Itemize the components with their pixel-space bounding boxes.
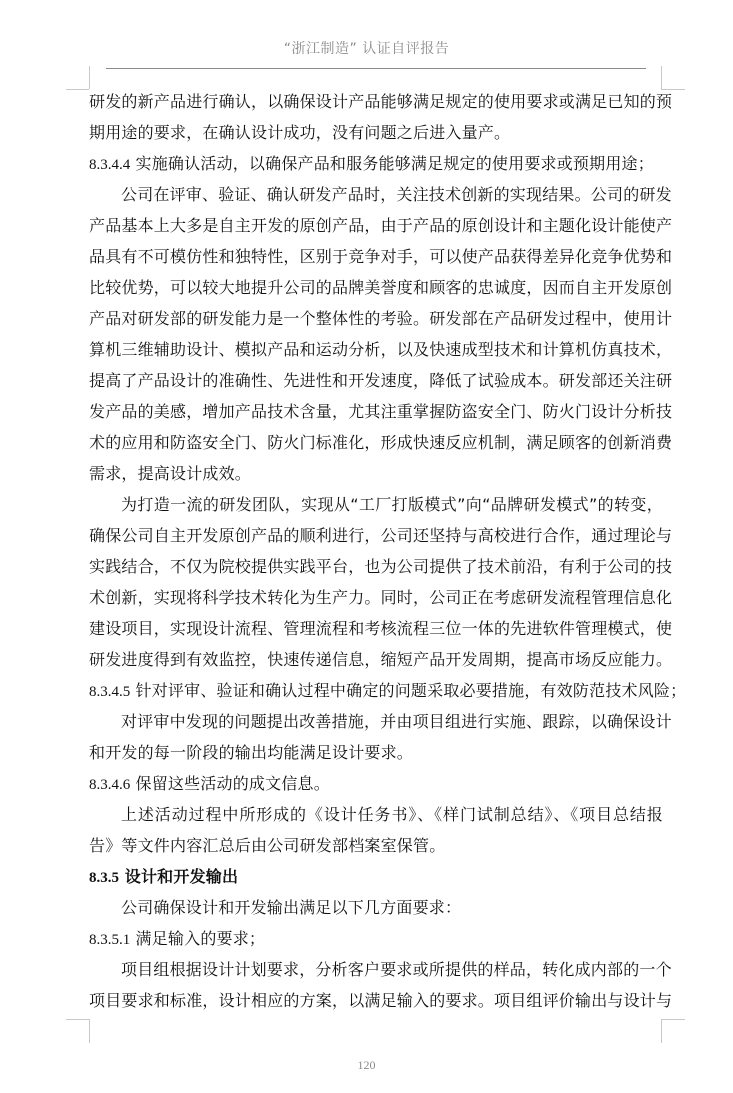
clause-line: 8.3.5.1 满足输入的要求； (89, 923, 663, 954)
line-text: 上述活动过程中所形成的《设计任务书》、《样门试制总结》、《项目总结报 (121, 805, 663, 824)
text-line: 术的应用和防盗安全门、防火门标准化，形成快速反应机制，满足顾客的创新消费 (89, 427, 663, 458)
line-text: 建设项目，实现设计流程、管理流程和考核流程三位一体的先进软件管理模式，使 (89, 619, 672, 638)
line-text: 公司确保设计和开发输出满足以下几方面要求： (121, 898, 461, 917)
line-text: 保留这些活动的成文信息。 (130, 774, 330, 793)
corner-mark-bottom-right (661, 1019, 662, 1043)
line-text: 对评审中发现的问题提出改善措施，并由项目组进行实施、跟踪，以确保设计 (121, 712, 672, 731)
text-line: 公司确保设计和开发输出满足以下几方面要求： (89, 892, 663, 923)
text-line: 项目组根据设计计划要求，分析客户要求或所提供的样品，转化成内部的一个 (89, 954, 663, 985)
corner-mark-bottom-left (89, 1019, 90, 1043)
text-line: 发产品的美感，增加产品技术含量，尤其注重掌握防盗安全门、防火门设计分析技 (89, 396, 663, 427)
line-text: 研发进度得到有效监控，快速传递信息，缩短产品开发周期，提高市场反应能力。 (89, 650, 672, 669)
section-heading: 8.3.5 设计和开发输出 (89, 861, 663, 892)
line-text: 期用途的要求，在确认设计成功，没有问题之后进入量产。 (89, 123, 510, 142)
clause-line: 8.3.4.5 针对评审、验证和确认过程中确定的问题采取必要措施，有效防范技术风… (89, 675, 663, 706)
line-text: 术创新，实现将科学技术转化为生产力。同时，公司正在考虑研发流程管理信息化 (89, 588, 672, 607)
running-header-title: “浙江制造” 认证自评报告 (0, 38, 733, 58)
line-text: 满足输入的要求； (130, 929, 265, 948)
line-text: 提高了产品设计的准确性、先进性和开发速度，降低了试验成本。研发部还关注研 (89, 371, 672, 390)
line-text: 项目组根据设计计划要求，分析客户要求或所提供的样品，转化成内部的一个 (121, 960, 672, 979)
text-line: 对评审中发现的问题提出改善措施，并由项目组进行实施、跟踪，以确保设计 (89, 706, 663, 737)
line-text: 实践结合，不仅为院校提供实践平台，也为公司提供了技术前沿，有利于公司的技 (89, 557, 672, 576)
line-text: 算机三维辅助设计、模拟产品和运动分析，以及快速成型技术和计算机仿真技术， (89, 340, 672, 359)
line-text: 针对评审、验证和确认过程中确定的问题采取必要措施，有效防范技术风险； (130, 681, 686, 700)
clause-number: 8.3.4.5 (89, 684, 130, 700)
line-text: 产品对研发部的研发能力是一个整体性的考验。研发部在产品研发过程中，使用计 (89, 309, 672, 328)
line-text: 实施确认活动，以确保产品和服务能够满足规定的使用要求或预期用途； (130, 154, 654, 173)
line-text: 公司在评审、验证、确认研发产品时，关注技术创新的实现结果。公司的研发 (121, 185, 672, 204)
text-line: 提高了产品设计的准确性、先进性和开发速度，降低了试验成本。研发部还关注研 (89, 365, 663, 396)
text-line: 产品基本上大多是自主开发的原创产品，由于产品的原创设计和主题化设计能使产 (89, 210, 663, 241)
text-line: 上述活动过程中所形成的《设计任务书》、《样门试制总结》、《项目总结报 (89, 799, 663, 830)
line-text: 术的应用和防盗安全门、防火门标准化，形成快速反应机制，满足顾客的创新消费 (89, 433, 672, 452)
clause-number: 8.3.4.6 (89, 777, 130, 793)
header-rule (106, 68, 646, 69)
clause-number: 8.3.5.1 (89, 932, 130, 948)
text-line: 项目要求和标准，设计相应的方案，以满足输入的要求。项目组评价输出与设计与 (89, 985, 663, 1016)
corner-mark-bottom-left (66, 1019, 89, 1020)
clause-line: 8.3.4.6 保留这些活动的成文信息。 (89, 768, 663, 799)
line-text: 为打造一流的研发团队，实现从“工厂打版模式”向“品牌研发模式”的转变， (121, 495, 663, 514)
clause-number: 8.3.4.4 (89, 157, 130, 173)
text-line: 和开发的每一阶段的输出均能满足设计要求。 (89, 737, 663, 768)
line-text: 发产品的美感，增加产品技术含量，尤其注重掌握防盗安全门、防火门设计分析技 (89, 402, 672, 421)
text-line: 为打造一流的研发团队，实现从“工厂打版模式”向“品牌研发模式”的转变， (89, 489, 663, 520)
text-line: 实践结合，不仅为院校提供实践平台，也为公司提供了技术前沿，有利于公司的技 (89, 551, 663, 582)
text-line: 研发进度得到有效监控，快速传递信息，缩短产品开发周期，提高市场反应能力。 (89, 644, 663, 675)
text-line: 产品对研发部的研发能力是一个整体性的考验。研发部在产品研发过程中，使用计 (89, 303, 663, 334)
line-text: 确保公司自主开发原创产品的顺利进行，公司还坚持与高校进行合作，通过理论与 (89, 526, 672, 545)
text-line: 确保公司自主开发原创产品的顺利进行，公司还坚持与高校进行合作，通过理论与 (89, 520, 663, 551)
line-text: 产品基本上大多是自主开发的原创产品，由于产品的原创设计和主题化设计能使产 (89, 216, 672, 235)
line-text: 和开发的每一阶段的输出均能满足设计要求。 (89, 743, 413, 762)
line-text: 需求，提高设计成效。 (89, 464, 251, 483)
line-text: 项目要求和标准，设计相应的方案，以满足输入的要求。项目组评价输出与设计与 (89, 991, 672, 1010)
document-body: 研发的新产品进行确认，以确保设计产品能够满足规定的使用要求或满足已知的预期用途的… (89, 86, 663, 1016)
text-line: 需求，提高设计成效。 (89, 458, 663, 489)
text-line: 告》等文件内容汇总后由公司研发部档案室保管。 (89, 830, 663, 861)
line-text: 研发的新产品进行确认，以确保设计产品能够满足规定的使用要求或满足已知的预 (89, 92, 672, 111)
text-line: 建设项目，实现设计流程、管理流程和考核流程三位一体的先进软件管理模式，使 (89, 613, 663, 644)
line-text: 品具有不可模仿性和独特性，区别于竞争对手，可以使产品获得差异化竞争优势和 (89, 247, 672, 266)
line-text: 设计和开发输出 (119, 867, 238, 886)
page-number: 120 (0, 1058, 733, 1073)
text-line: 公司在评审、验证、确认研发产品时，关注技术创新的实现结果。公司的研发 (89, 179, 663, 210)
line-text: 比较优势，可以较大地提升公司的品牌美誉度和顾客的忠诚度，因而自主开发原创 (89, 278, 672, 297)
line-text: 告》等文件内容汇总后由公司研发部档案室保管。 (89, 836, 445, 855)
corner-mark-top-right (661, 89, 685, 90)
corner-mark-bottom-right (661, 1019, 685, 1020)
text-line: 算机三维辅助设计、模拟产品和运动分析，以及快速成型技术和计算机仿真技术， (89, 334, 663, 365)
clause-number: 8.3.5 (89, 870, 119, 886)
text-line: 比较优势，可以较大地提升公司的品牌美誉度和顾客的忠诚度，因而自主开发原创 (89, 272, 663, 303)
text-line: 术创新，实现将科学技术转化为生产力。同时，公司正在考虑研发流程管理信息化 (89, 582, 663, 613)
text-line: 期用途的要求，在确认设计成功，没有问题之后进入量产。 (89, 117, 663, 148)
text-line: 研发的新产品进行确认，以确保设计产品能够满足规定的使用要求或满足已知的预 (89, 86, 663, 117)
corner-mark-top-left (66, 89, 89, 90)
text-line: 品具有不可模仿性和独特性，区别于竞争对手，可以使产品获得差异化竞争优势和 (89, 241, 663, 272)
clause-line: 8.3.4.4 实施确认活动，以确保产品和服务能够满足规定的使用要求或预期用途； (89, 148, 663, 179)
